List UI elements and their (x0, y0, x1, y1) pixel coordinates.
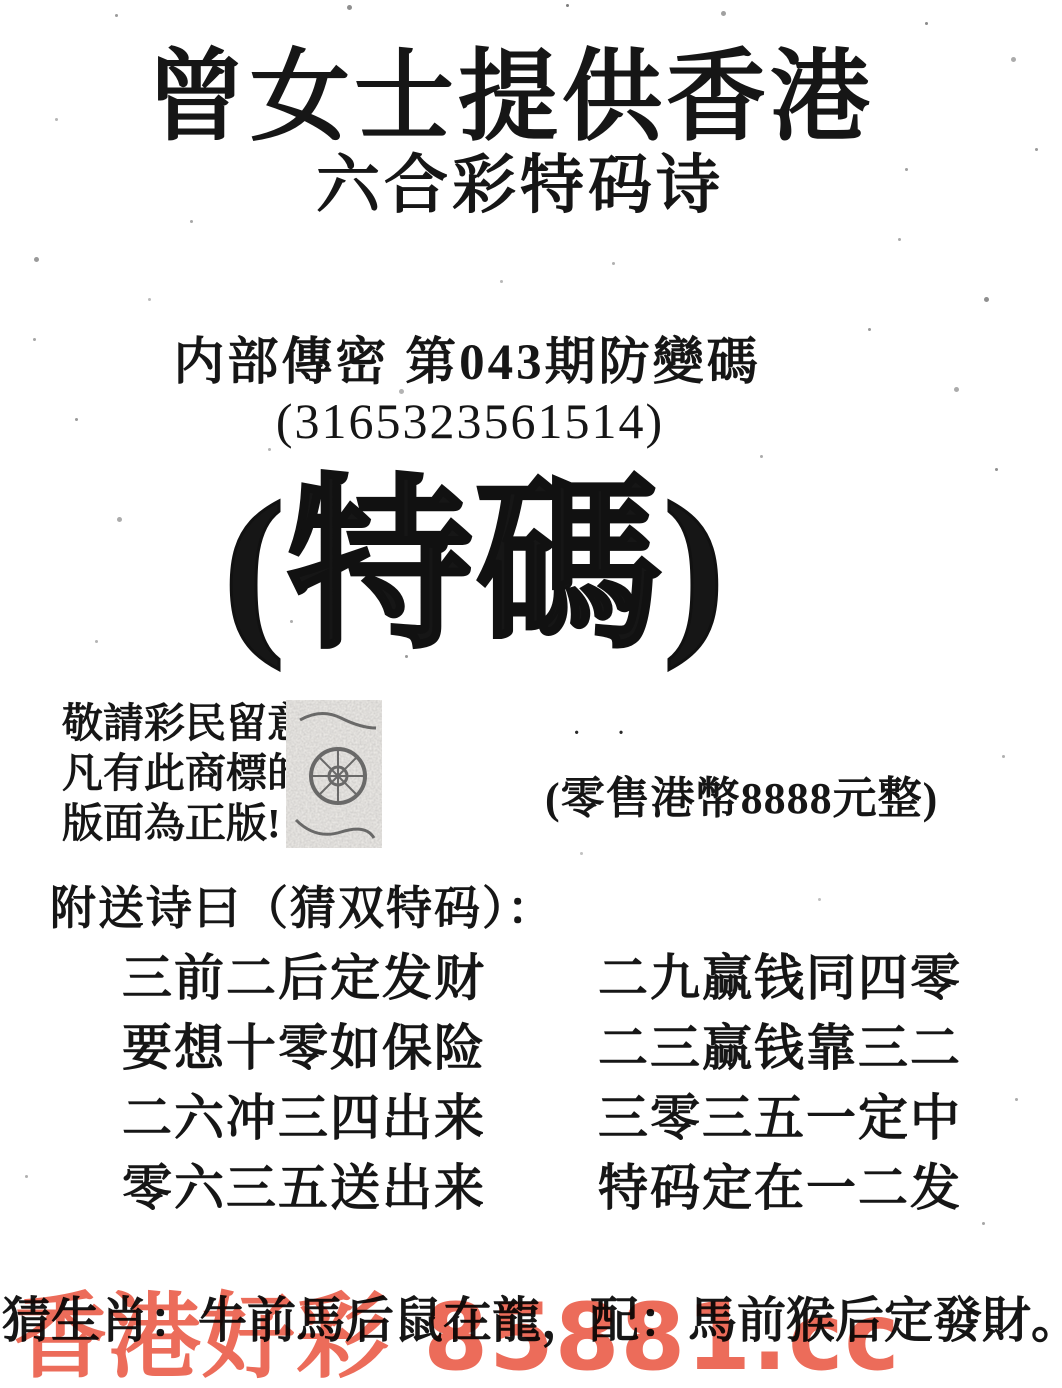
numeric-code-line: (3165323561514) (0, 392, 940, 450)
poem-line: 二三赢钱靠三二 (598, 1018, 962, 1088)
poem-heading: 附送诗曰（猜双特码）： (50, 872, 555, 938)
poem-line: 三零三五一定中 (598, 1088, 962, 1158)
issue-secret-line: 内部傳密 第043期防變碼 (0, 320, 934, 394)
poem-line: 特码定在一二发 (598, 1158, 962, 1228)
notice-line-3: 版面為正版! (62, 798, 277, 848)
price-dots: · · (572, 718, 640, 750)
poem-line: 二九赢钱同四零 (598, 948, 962, 1018)
poem-line: 零六三五送出来 (122, 1158, 486, 1228)
page-subtitle: 六合彩特码诗 (0, 134, 1040, 226)
poem-column-left: 三前二后定发财 要想十零如保险 二六冲三四出来 零六三五送出来 (122, 948, 486, 1228)
trademark-stamp-icon (286, 700, 382, 848)
poem-line: 二六冲三四出来 (122, 1088, 486, 1158)
site-watermark: 香港好彩 85881.cc (14, 1291, 901, 1384)
poem-line: 三前二后定发财 (122, 948, 486, 1018)
poem-column-right: 二九赢钱同四零 二三赢钱靠三二 三零三五一定中 特码定在一二发 (598, 948, 962, 1228)
trademark-notice: 敬請彩民留意 凡有此商標的 版面為正版! (62, 698, 277, 848)
poem-line: 要想十零如保险 (122, 1018, 486, 1088)
special-code-heading: (特碼) (0, 452, 950, 685)
notice-line-1: 敬請彩民留意 (62, 698, 277, 748)
notice-line-2: 凡有此商標的 (62, 748, 277, 798)
scanned-lottery-flyer: 曾女士提供香港 六合彩特码诗 内部傳密 第043期防變碼 (3165323561… (0, 0, 1062, 1388)
retail-price-line: (零售港幣8888元整) (545, 762, 938, 826)
